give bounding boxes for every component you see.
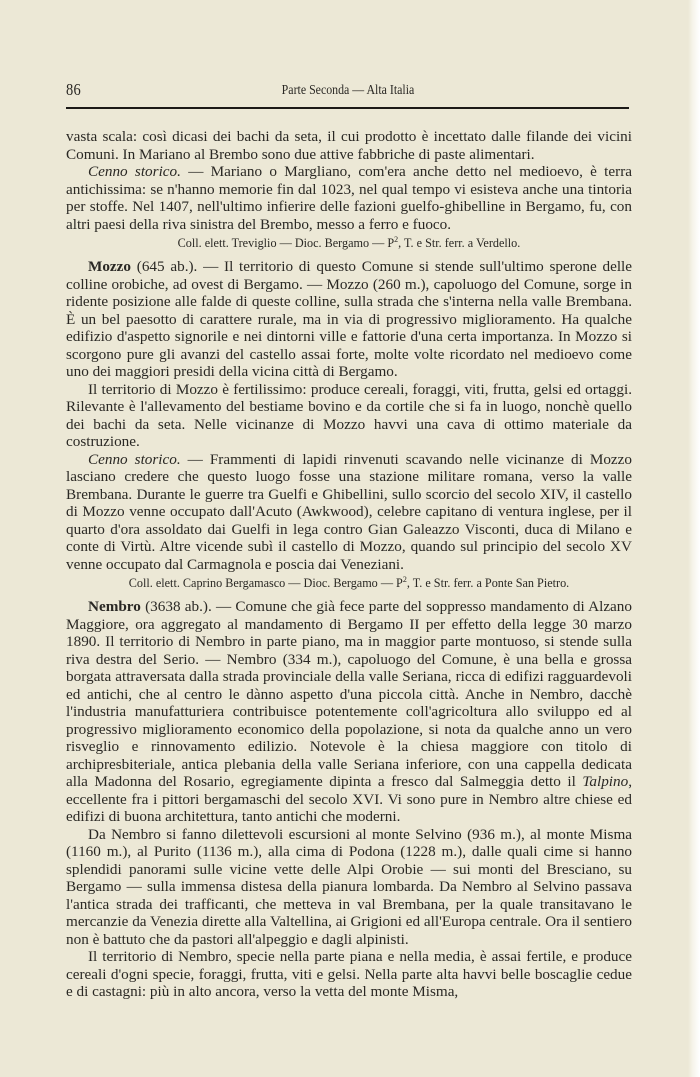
- page-number: 86: [66, 80, 81, 100]
- paragraph-cenno-storico: Cenno storico. — Frammenti di lapidi rin…: [66, 451, 632, 574]
- running-head: Parte Seconda — Alta Italia: [100, 82, 596, 98]
- paragraph: Il territorio di Nembro, specie nella pa…: [66, 948, 632, 1001]
- cenno-storico-label: Cenno storico.: [88, 451, 181, 468]
- paragraph-cenno-storico: Cenno storico. — Mariano o Margliano, co…: [66, 163, 632, 233]
- paragraph: Da Nembro si fanno dilettevoli escursion…: [66, 826, 632, 949]
- paragraph: Il territorio di Mozzo è fertilissimo: p…: [66, 381, 632, 451]
- page-edge: [688, 0, 700, 1077]
- entry-name: Mozzo: [88, 258, 131, 275]
- cenno-storico-label: Cenno storico.: [88, 163, 181, 180]
- collegio-line: Coll. elett. Caprino Bergamasco — Dioc. …: [66, 574, 632, 593]
- paragraph: vasta scala: così dicasi dei bachi da se…: [66, 128, 632, 163]
- entry-name: Nembro: [88, 598, 141, 615]
- italic-name: Talpino: [582, 773, 628, 790]
- entry-nembro: Nembro (3638 ab.). — Comune che già fece…: [66, 598, 632, 826]
- body-text: vasta scala: così dicasi dei bachi da se…: [66, 128, 632, 1001]
- collegio-line: Coll. elett. Treviglio — Dioc. Bergamo —…: [66, 234, 632, 253]
- header-rule: [66, 107, 629, 109]
- entry-mozzo: Mozzo (645 ab.). — Il territorio di ques…: [66, 258, 632, 381]
- page-header: 86 Parte Seconda — Alta Italia: [66, 80, 630, 102]
